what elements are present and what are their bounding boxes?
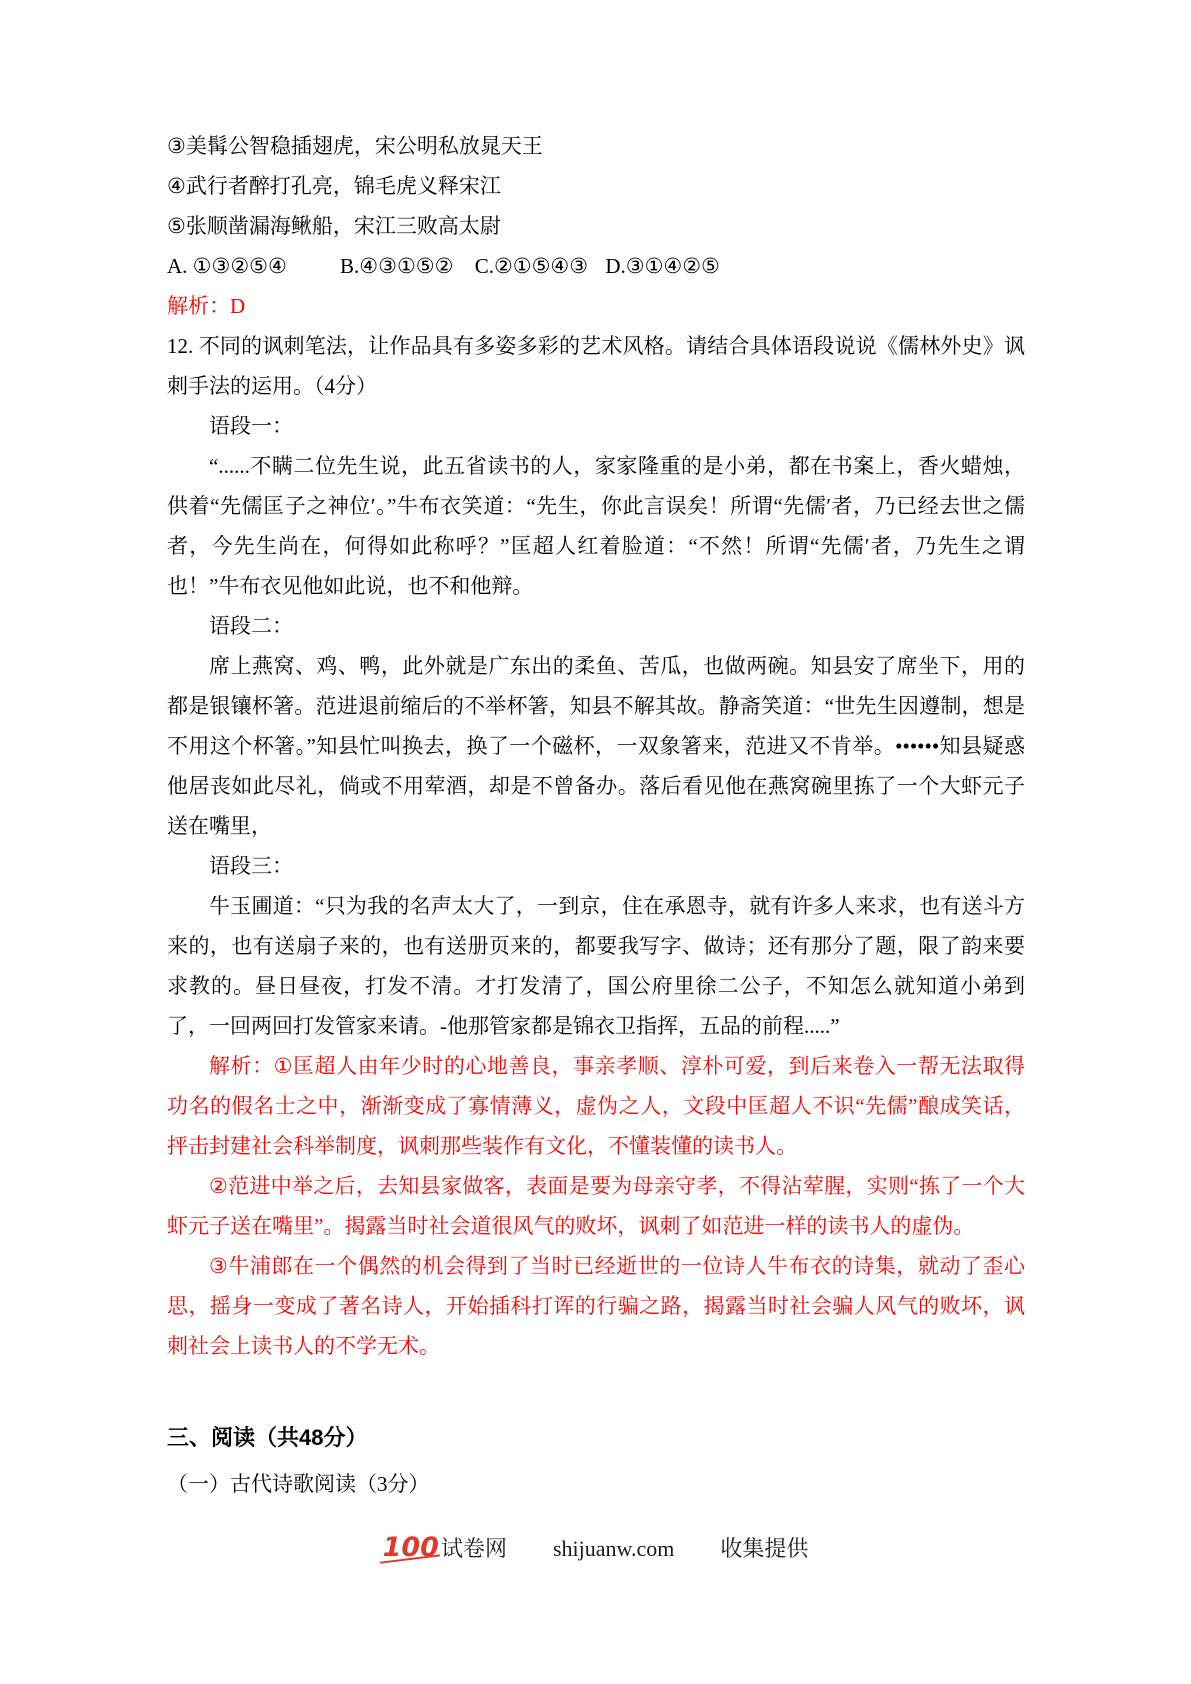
q12-passage2-text: 席上燕窝、鸡、鸭，此外就是广东出的柔鱼、苦瓜，也做两碗。知县安了席坐下，用的都是… [167,646,1025,846]
document-page: ③美髯公智稳插翅虎，宋公明私放晁天王 ④武行者醉打孔亮，锦毛虎义释宋江 ⑤张顺凿… [0,0,1191,1684]
choice-d: D.③①④②⑤ [605,246,720,286]
q12-analysis-part2: ②范进中举之后，去知县家做客，表面是要为母亲守孝，不得沾荤腥，实则“拣了一个大虾… [167,1166,1025,1246]
section3-subheading: （一）古代诗歌阅读（3分） [167,1464,1025,1504]
section3-heading: 三、阅读（共48分） [167,1418,1025,1458]
q12-passage2-label: 语段二： [167,606,1025,646]
choice-b: B.④③①⑤② [340,246,453,286]
footer-suffix: 收集提供 [720,1536,808,1561]
q12-analysis-part3: ③牛浦郎在一个偶然的机会得到了当时已经逝世的一位诗人牛布衣的诗集，就动了歪心思，… [167,1246,1025,1366]
q11-choices-line: A. ①③②⑤④ B.④③①⑤② C.②①⑤④③ D.③①④②⑤ [167,246,1025,286]
q11-option-line-4: ④武行者醉打孔亮，锦毛虎义释宋江 [167,166,1025,206]
page-footer: 100试卷网shijuanw.com收集提供 [0,1532,1191,1563]
footer-logo-text: 试卷网 [441,1536,507,1561]
document-content: ③美髯公智稳插翅虎，宋公明私放晁天王 ④武行者醉打孔亮，锦毛虎义释宋江 ⑤张顺凿… [167,126,1025,1504]
q11-option-line-3: ③美髯公智稳插翅虎，宋公明私放晁天王 [167,126,1025,166]
footer-logo-100: 100 [383,1532,441,1563]
q12-passage1-text: “......不瞒二位先生说，此五省读书的人，家家隆重的是小弟，都在书案上，香火… [167,446,1025,606]
q12-stem: 12. 不同的讽刺笔法，让作品具有多姿多彩的艺术风格。请结合具体语段说说《儒林外… [167,326,1025,406]
q11-answer-analysis: 解析：D [167,286,1025,326]
q12-passage1-label: 语段一： [167,406,1025,446]
footer-domain: shijuanw.com [553,1536,674,1561]
q12-passage3-label: 语段三： [167,846,1025,886]
q12-analysis-part1: 解析：①匡超人由年少时的心地善良，事亲孝顺、淳朴可爱，到后来卷入一帮无法取得功名… [167,1046,1025,1166]
choice-c: C.②①⑤④③ [475,246,588,286]
choice-a: A. ①③②⑤④ [167,246,287,286]
q12-passage3-text: 牛玉圃道：“只为我的名声太大了，一到京，住在承恩寺，就有许多人来求，也有送斗方来… [167,886,1025,1046]
q11-option-line-5: ⑤张顺凿漏海鳅船，宋江三败高太尉 [167,206,1025,246]
